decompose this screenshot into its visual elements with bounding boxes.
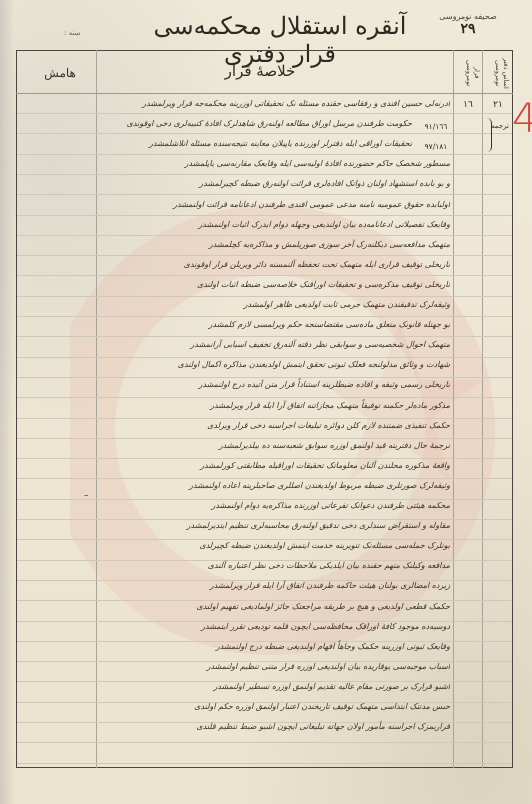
handwritten-line: دوسیه‌ده موجود کافهٔ اوراقک محافظه‌سی ای… (100, 620, 450, 634)
handwritten-line: قراریمزک اجراسنه مأمور اولان جهاته تبلیغ… (100, 720, 450, 734)
header-register-number-column: اساس دفتر نومروسی (484, 54, 510, 92)
entry-decision-number: ١٦ (455, 100, 481, 110)
ruled-line (17, 194, 512, 195)
handwritten-line: مذکور ماده‌لر حکمنه توفیقاً متهمک مجازات… (100, 399, 450, 413)
ruled-line (17, 215, 512, 216)
handwritten-line: تاریخلی رسمی وثیقه و افاده ضبطلرینه استن… (100, 378, 450, 392)
header-divider (16, 93, 513, 94)
ruled-line (17, 154, 512, 155)
page-number-label: صحیفه نومروسی (438, 12, 498, 21)
handwritten-line: واقعهٔ مذکوره محلندن آلنان معلوماتک تحقی… (100, 459, 450, 473)
handwritten-line: مسطور شخصک حاکم حضورنده افادهٔ اولیه‌سی … (100, 157, 450, 171)
ruled-line (17, 336, 512, 337)
ruled-line (17, 742, 512, 743)
ruled-line (17, 113, 512, 114)
ruled-line (17, 316, 512, 317)
handwritten-line: بونلرک جمله‌سی مسئله‌نک تنویرینه خدمت ای… (100, 539, 450, 553)
year-label: سنه : (64, 29, 80, 37)
entry-brace (487, 118, 492, 152)
handwritten-line: تاریخلی توقیف قراری ایله متهمک تحت تحفظه… (100, 258, 450, 272)
handwritten-line: اولبابده حقوق عمومیه نامنه مدعی عمومی اف… (100, 198, 450, 212)
ruled-line (17, 174, 512, 175)
handwritten-line: محکمه هیئتی طرفندن دعوانک تفرعاتی اوزرند… (100, 499, 450, 513)
ruled-line (17, 275, 512, 276)
handwritten-line: حبس مدتنک ابتداسی متهمک توقیف تاریخندن ا… (100, 700, 450, 714)
handwritten-line: بو جهتله قانونک متعلق ماده‌سی مقتضاسنجه … (100, 318, 450, 332)
handwritten-line: تحقیقات اوراقی ایله دفترلر اوزرنده یاپیل… (100, 137, 412, 151)
handwritten-line: زیرده امضالری بولنان هیئت حاکمه طرفندن ا… (100, 579, 450, 593)
ruled-line (17, 255, 512, 256)
page-number: ٢٩ (448, 21, 488, 37)
handwritten-line: حکمک تنفیذی ضمننده لازم کلن دوائره تبلیغ… (100, 419, 450, 433)
handwritten-line: وثیقه‌لرک صورتلری ضبطه مربوط اولدیغندن ا… (100, 479, 450, 493)
handwritten-line: حکمک قطعی اولدیغی و هیچ بر طریقه مراجعتک… (100, 600, 450, 614)
handwritten-line: شهادت و وثائق مدلولنجه فعلک ثبوتی تحقق ا… (100, 358, 450, 372)
line-dash-mark: – (84, 491, 89, 501)
paper-edge-shadow (0, 0, 14, 804)
ruled-line (17, 296, 512, 297)
handwritten-line: ترجمهٔ حال دفترینه قید اولنمق اوزره سواب… (100, 439, 450, 453)
entry-register-number: ٢١ (484, 100, 512, 110)
handwritten-line: اسباب موجبه‌سی یوقاریده بیان اولندیغی او… (100, 660, 450, 674)
handwritten-line: مقاوله و استقراض سندلری دخی تدقیق اولنه‌… (100, 519, 450, 533)
ruled-line (17, 235, 512, 236)
header-decision-number-column: قرار نومروسی (455, 54, 481, 92)
handwritten-line: متهمک احوال شخصیه‌سی و سوابقی نظر دقته آ… (100, 338, 450, 352)
header-summary-column: خلاصهٔ قرار (200, 62, 320, 80)
entry-reference-1: ٩١/١٦٦ (418, 122, 454, 131)
handwritten-line: وقایعک تفصیلاتی ادعانامه‌ده بیان اولندیغ… (100, 218, 450, 232)
ruled-line (17, 763, 512, 764)
handwritten-line: تاریخلی توقیف مذکره‌سی و تحقیقات اوراقنک… (100, 278, 450, 292)
handwritten-line: ادرنه‌لی حسین افندی و رفقاسی حقنده مسئله… (100, 97, 450, 111)
handwritten-line: متهمک مدافعه‌سی دیکلنه‌رک آخر سوزی صوریل… (100, 238, 450, 252)
ruled-line (17, 133, 512, 134)
handwritten-line: وثیقه‌لرک تدقیقندن متهمک جرمی ثابت اولدی… (100, 298, 450, 312)
handwritten-line: حکومت طرفندن مرسل اوراق مطالعه اولنه‌رق … (100, 117, 412, 131)
red-margin-mark: 4 (512, 96, 532, 142)
entry-reference-2: ٩٧/١٨١ (418, 142, 454, 151)
handwritten-line: اشبو قرارک بر صورتی مقام عالیه تقدیم اول… (100, 680, 450, 694)
header-margin-column: هامش (30, 66, 90, 80)
handwritten-line: مدافعه وکیلنک متهم حقنده بیان ایلدیکی مل… (100, 559, 450, 573)
handwritten-line: وقایعک ثبوتی اوزرینه حکمک وجاهاً افهام ا… (100, 640, 450, 654)
handwritten-line: و بو بابده استشهاد اولنان ذواتک افاده‌لر… (100, 177, 450, 191)
